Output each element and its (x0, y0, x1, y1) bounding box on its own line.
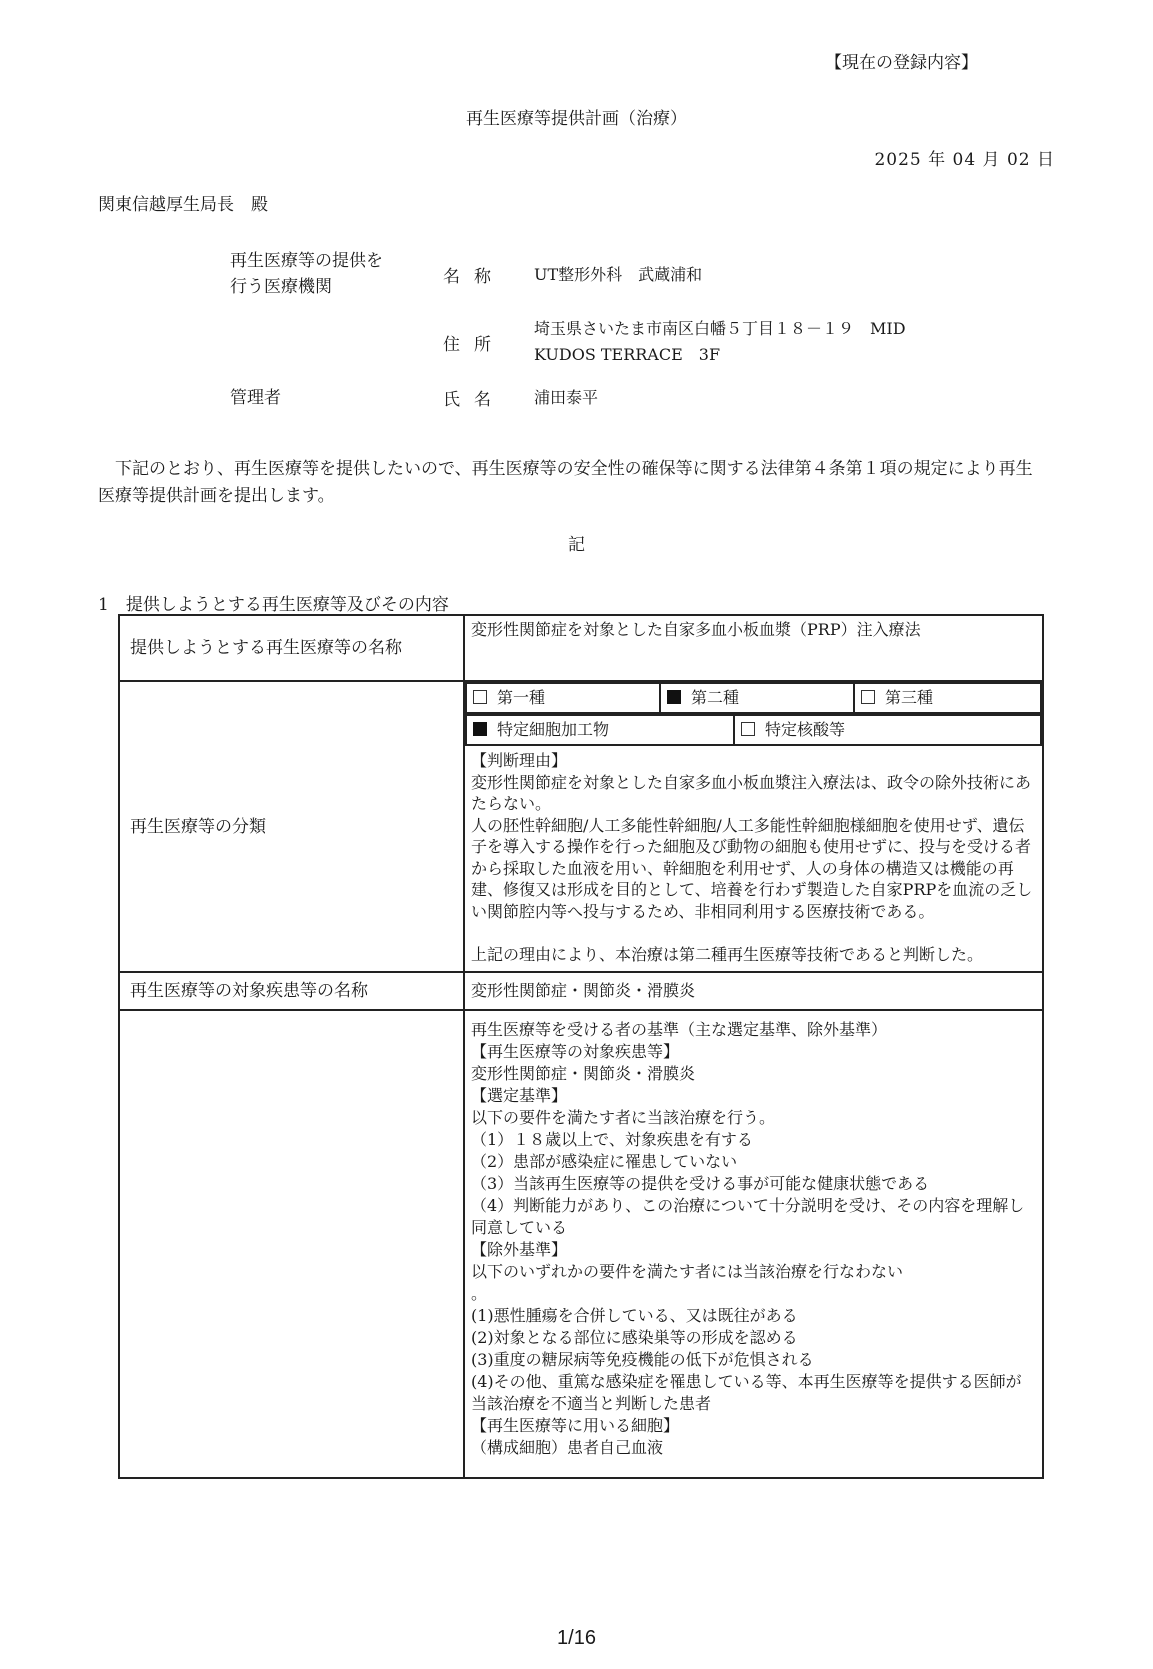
checkbox-type-3: 第三種 (854, 683, 1041, 713)
target-disease: 変形性関節症・関節炎・滑膜炎 (464, 972, 1043, 1010)
ki-heading: 記 (0, 530, 1153, 555)
institution-address: 埼玉県さいたま市南区白幡５丁目１８－１９ MID KUDOS TERRACE 3… (534, 316, 906, 368)
institution-label: 再生医療等の提供を 行う医療機関 (230, 248, 383, 300)
table-row: 再生医療等を受ける者の基準（主な選定基準、除外基準） 【再生医療等の対象疾患等】… (119, 1010, 1043, 1478)
checkbox-type-1: 第一種 (466, 683, 660, 713)
institution-name: UT整形外科 武蔵浦和 (534, 262, 702, 288)
row-label-name: 提供しようとする再生医療等の名称 (119, 615, 464, 681)
unchecked-box-icon (741, 722, 755, 736)
checkbox-specified-nucleic-acid: 特定核酸等 (734, 715, 1041, 745)
unchecked-box-icon (473, 690, 487, 704)
table-row: 再生医療等の対象疾患等の名称 変形性関節症・関節炎・滑膜炎 (119, 972, 1043, 1010)
unchecked-box-icon (861, 690, 875, 704)
checked-box-icon (667, 690, 681, 704)
manager-name-label: 氏名 (443, 385, 505, 410)
page-number: 1/16 (0, 1627, 1153, 1650)
row-label-disease: 再生医療等の対象疾患等の名称 (119, 972, 464, 1010)
name-label: 名称 (443, 262, 505, 287)
manager-name: 浦田泰平 (534, 385, 598, 411)
table-row: 提供しようとする再生医療等の名称 変形性関節症を対象とした自家多血小板血漿（PR… (119, 615, 1043, 681)
intro-paragraph: 下記のとおり、再生医療等を提供したいので、再生医療等の安全性の確保等に関する法律… (98, 456, 1048, 510)
document-date: 2025 年 04 月 02 日 (874, 145, 1055, 170)
type-checkboxes: 第一種 第二種 第三種 (465, 682, 1042, 714)
row-label-criteria (119, 1010, 464, 1478)
table-row: 再生医療等の分類 第一種 第二種 第三種 特定細胞加工物 特定核酸等 【判断理由… (119, 681, 1043, 972)
patient-criteria: 再生医療等を受ける者の基準（主な選定基準、除外基準） 【再生医療等の対象疾患等】… (464, 1010, 1043, 1478)
plan-table: 提供しようとする再生医療等の名称 変形性関節症を対象とした自家多血小板血漿（PR… (118, 614, 1044, 1479)
section-1-heading: 1 提供しようとする再生医療等及びその内容 (98, 590, 449, 615)
checkbox-type-2: 第二種 (660, 683, 854, 713)
addressee: 関東信越厚生局長 殿 (98, 190, 268, 215)
row-label-classification: 再生医療等の分類 (119, 681, 464, 972)
document-title: 再生医療等提供計画（治療） (0, 104, 1153, 129)
address-label: 住所 (443, 330, 505, 355)
checked-box-icon (473, 722, 487, 736)
material-checkboxes: 特定細胞加工物 特定核酸等 (465, 714, 1042, 746)
classification-reason: 【判断理由】 変形性関節症を対象とした自家多血小板血漿注入療法は、政令の除外技術… (465, 746, 1042, 971)
manager-label: 管理者 (230, 385, 281, 411)
checkbox-specified-cell-product: 特定細胞加工物 (466, 715, 734, 745)
status-label: 【現在の登録内容】 (825, 48, 978, 73)
therapy-name: 変形性関節症を対象とした自家多血小板血漿（PRP）注入療法 (464, 615, 1043, 681)
